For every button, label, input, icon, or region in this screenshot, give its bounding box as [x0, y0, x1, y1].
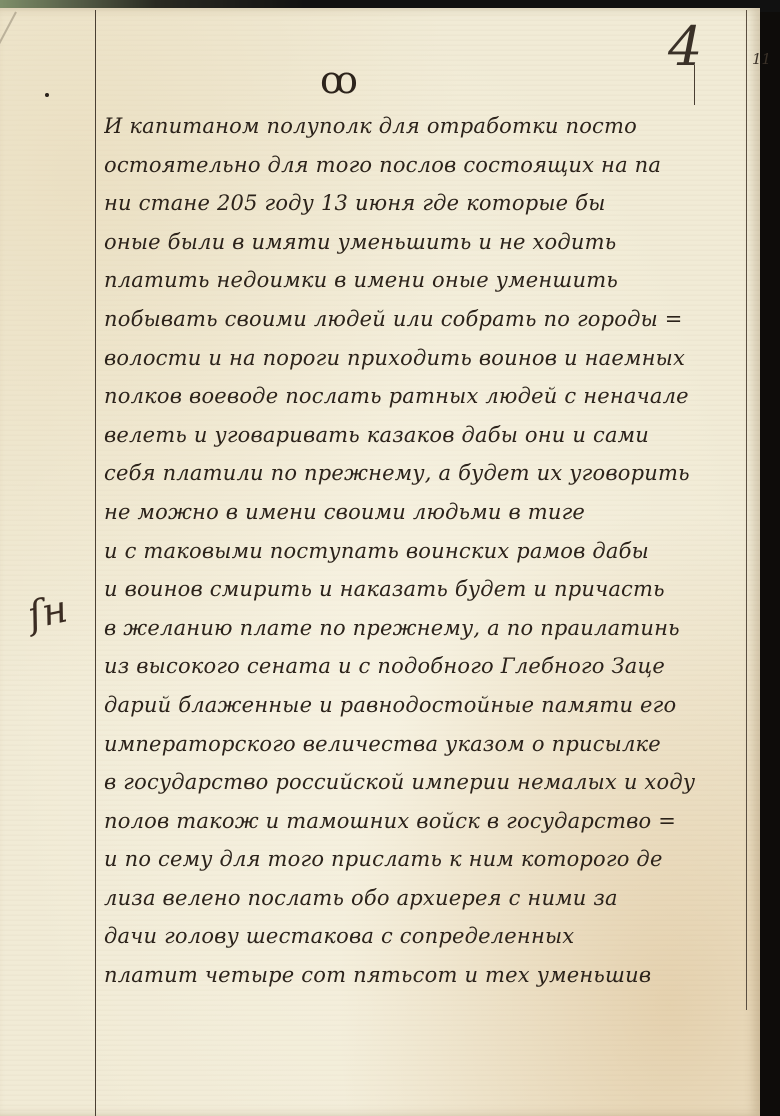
text-line: платит четыре сот пятьсот и тех уменьшив — [104, 956, 744, 995]
text-line: в государство российской империи немалых… — [104, 763, 744, 802]
header-flourish: ꝏ — [320, 58, 358, 102]
text-line: ни стане 205 году 13 июня где которые бы — [104, 184, 744, 223]
text-line: дачи голову шестакова с сопределенных — [104, 917, 744, 956]
text-line: дарий блаженные и равнодостойные памяти … — [104, 686, 744, 725]
right-margin-rule — [746, 10, 747, 1010]
text-line: полов також и тамошних войск в государст… — [104, 802, 744, 841]
manuscript-text: И капитаном полуполк для отработки посто… — [104, 107, 744, 995]
text-line: велеть и уговаривать казаков дабы они и … — [104, 416, 744, 455]
text-line: побывать своими людей или собрать по гор… — [104, 300, 744, 339]
folio-number: 4 — [668, 20, 702, 74]
folio-stroke — [694, 65, 695, 105]
text-line: лиза велено послать обо архиерея с ними … — [104, 879, 744, 918]
left-margin-rule — [95, 10, 96, 1116]
text-line: и воинов смирить и наказать будет и прич… — [104, 570, 744, 609]
text-line: волости и на пороги приходить воинов и н… — [104, 339, 744, 378]
text-line: себя платили по прежнему, а будет их уго… — [104, 454, 744, 493]
text-line: И капитаном полуполк для отработки посто — [104, 107, 744, 146]
text-line: и с таковыми поступать воинских рамов да… — [104, 532, 744, 571]
text-line: в желанию плате по прежнему, а по праила… — [104, 609, 744, 648]
corner-mark: 11 — [752, 50, 771, 68]
text-line: и по сему для того прислать к ним которо… — [104, 840, 744, 879]
text-line: платить недоимки в имени оные уменшить — [104, 261, 744, 300]
ink-dot — [45, 93, 49, 97]
text-line: не можно в имени своими людьми в тиге — [104, 493, 744, 532]
text-line: остоятельно для того послов состоящих на… — [104, 146, 744, 185]
text-line: оные были в имяти уменьшить и не ходить — [104, 223, 744, 262]
text-line: из высокого сената и с подобного Глебног… — [104, 647, 744, 686]
text-line: императорского величества указом о присы… — [104, 725, 744, 764]
text-line: полков воеводе послать ратных людей с не… — [104, 377, 744, 416]
